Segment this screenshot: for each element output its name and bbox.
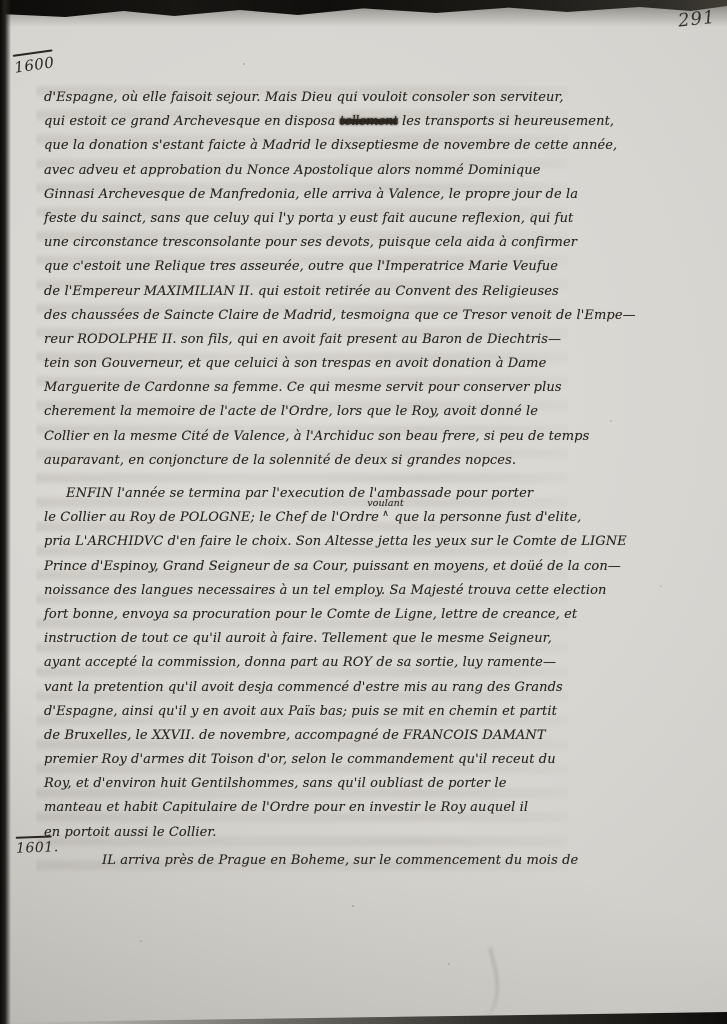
margin-year-1600: 1600 — [13, 49, 56, 76]
manuscript-line: tein son Gouverneur, et que celuici à so… — [44, 352, 589, 376]
manuscript-line: de Bruxelles, le XXVII. de novembre, acc… — [44, 724, 589, 748]
manuscript-paragraph: ENFIN l'année se termina par l'execution… — [44, 482, 589, 845]
struck-out-word: tellement — [340, 114, 398, 129]
manuscript-line: vant la pretention qu'il avoit desja com… — [44, 676, 589, 700]
manuscript-line: d'Espagne, ainsi qu'il y en avoit aux Pa… — [44, 700, 589, 724]
manuscript-line: ENFIN l'année se termina par l'execution… — [44, 482, 589, 506]
manuscript-line: avec adveu et approbation du Nonce Apost… — [44, 159, 589, 183]
manuscript-page-scan: 291 1600 d'Espagne, où elle faisoit sejo… — [0, 0, 727, 1024]
manuscript-line: en portoit aussi le Collier. — [44, 821, 589, 845]
manuscript-line: feste du sainct, sans que celuy qui l'y … — [44, 207, 589, 231]
manuscript-text-block: d'Espagne, où elle faisoit sejour. Mais … — [44, 86, 589, 873]
manuscript-paragraph: IL arriva près de Prague en Boheme, sur … — [44, 849, 589, 873]
margin-year-1601: 1601. — [16, 835, 59, 856]
manuscript-line: que la donation s'estant faicte à Madrid… — [44, 134, 589, 158]
manuscript-line: d'Espagne, où elle faisoit sejour. Mais … — [44, 86, 589, 110]
manuscript-paragraph: d'Espagne, où elle faisoit sejour. Mais … — [44, 86, 589, 473]
manuscript-line: manteau et habit Capitulaire de l'Ordre … — [44, 796, 589, 820]
manuscript-line: premier Roy d'armes dit Toison d'or, sel… — [44, 748, 589, 772]
manuscript-line: fort bonne, envoya sa procuration pour l… — [44, 603, 589, 627]
manuscript-line: Collier en la mesme Cité de Valence, à l… — [44, 425, 589, 449]
manuscript-line: pria L'ARCHIDVC d'en faire le choix. Son… — [44, 530, 589, 554]
manuscript-line: IL arriva près de Prague en Boheme, sur … — [44, 849, 589, 873]
manuscript-line: Marguerite de Cardonne sa femme. Ce qui … — [44, 376, 589, 400]
manuscript-line: instruction de tout ce qu'il auroit à fa… — [44, 627, 589, 651]
manuscript-line: le Collier au Roy de POLOGNE; le Chef de… — [44, 506, 589, 530]
book-bottom-edge-shadow — [0, 1012, 727, 1024]
manuscript-line: ayant accepté la commission, donna part … — [44, 651, 589, 675]
manuscript-line: une circonstance tresconsolante pour ses… — [44, 231, 589, 255]
manuscript-line: Ginnasi Archevesque de Manfredonia, elle… — [44, 183, 589, 207]
manuscript-line: que c'estoit une Relique tres asseurée, … — [44, 255, 589, 279]
manuscript-line: cherement la memoire de l'acte de l'Ordr… — [44, 400, 589, 424]
manuscript-line: qui estoit ce grand Archevesque en dispo… — [44, 110, 589, 134]
manuscript-line: reur RODOLPHE II. son fils, qui en avoit… — [44, 328, 589, 352]
paper-crease — [447, 948, 508, 1024]
manuscript-line: des chaussées de Saincte Claire de Madri… — [44, 304, 589, 328]
manuscript-line: Prince d'Espinoy, Grand Seigneur de sa C… — [44, 555, 589, 579]
manuscript-line: noissance des langues necessaires à un t… — [44, 579, 589, 603]
margin-year-label: 1601. — [16, 839, 59, 856]
book-gutter-shadow — [0, 0, 11, 1024]
margin-year-label: 1600 — [13, 53, 55, 76]
interline-insertion: voulant∧ — [383, 508, 390, 521]
margin-overline-rule — [16, 835, 52, 838]
manuscript-line: Roy, et d'environ huit Gentilshommes, sa… — [44, 772, 589, 796]
manuscript-line: de l'Empereur MAXIMILIAN II. qui estoit … — [44, 280, 589, 304]
caret-icon: ∧ — [382, 502, 389, 526]
manuscript-line: auparavant, en conjoncture de la solenni… — [44, 449, 589, 473]
